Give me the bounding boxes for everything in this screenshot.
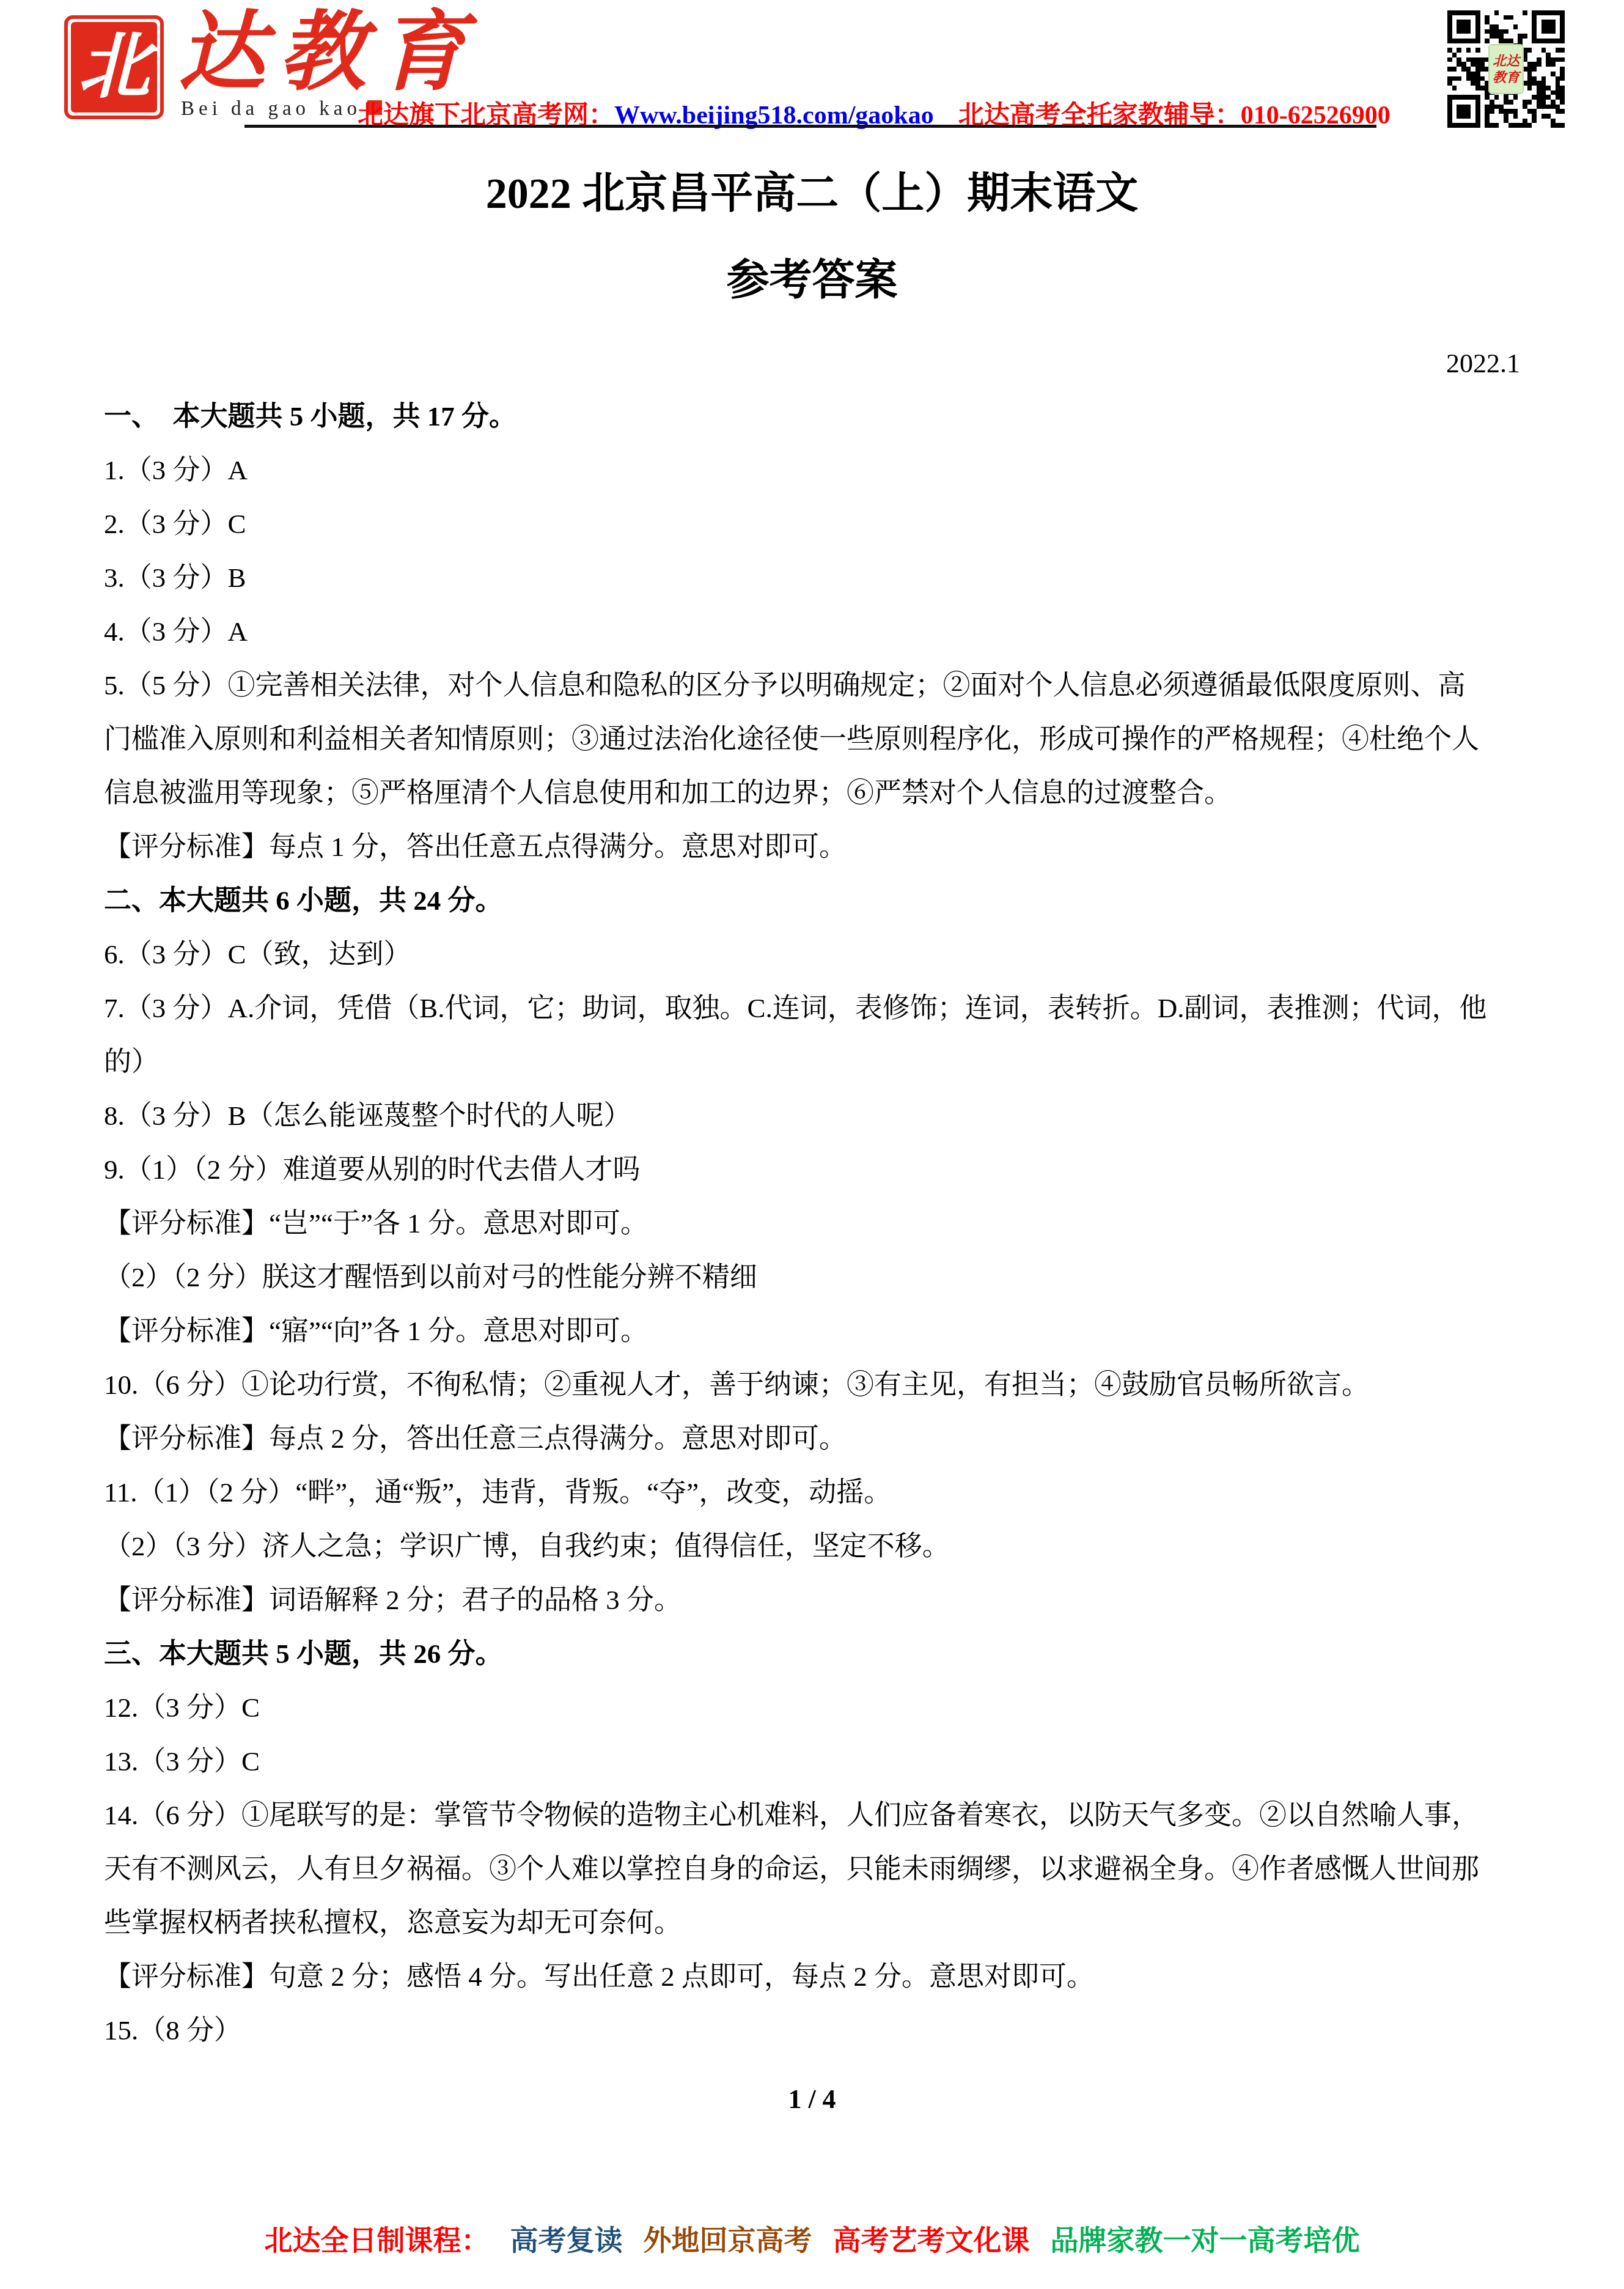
document-page: 北 达教育 Bei da gao kao 北达旗下北京高考网：Www.beiji…	[0, 0, 1624, 2289]
beida-seal-icon: 北	[64, 15, 164, 119]
answer-line: 5.（5 分）①完善相关法律，对个人信息和隐私的区分予以明确规定；②面对个人信息…	[104, 658, 1523, 712]
answer-line: （2）（2 分）朕这才醒悟到以前对弓的性能分辨不精细	[104, 1250, 1523, 1304]
footer-course-segment: 高考复读	[510, 2225, 623, 2256]
answer-line: 【评分标准】词语解释 2 分；君子的品格 3 分。	[104, 1573, 1523, 1627]
answer-line: 信息被滥用等现象；⑤严格厘清个人信息使用和加工的边界；⑥严禁对个人信息的过渡整合…	[104, 766, 1523, 820]
answer-line: 天有不测风云，人有旦夕祸福。③个人难以掌控自身的命运，只能未雨绸缪，以求避祸全身…	[104, 1842, 1523, 1896]
answer-line: 13.（3 分）C	[104, 1734, 1523, 1788]
answer-line: （2）（3 分）济人之急；学识广博，自我约束；值得信任，坚定不移。	[104, 1519, 1523, 1573]
qr-center-label: 北达 教育	[1488, 44, 1524, 94]
date-label: 2022.1	[0, 350, 1520, 377]
answer-line: 15.（8 分）	[104, 2003, 1523, 2057]
answer-line: 一、 本大题共 5 小题，共 17 分。	[104, 389, 1523, 443]
page-header: 北 达教育 Bei da gao kao 北达旗下北京高考网：Www.beiji…	[0, 0, 1624, 142]
seal-character: 北	[78, 31, 150, 103]
answer-line: 11.（1）（2 分）“畔”，通“叛”，违背，背叛。“夺”，改变，动摇。	[104, 1465, 1523, 1519]
answer-line: 14.（6 分）①尾联写的是：掌管节令物候的造物主心机难料，人们应备着寒衣，以防…	[104, 1788, 1523, 1842]
answer-line: 10.（6 分）①论功行赏，不徇私情；②重视人才，善于纳谏；③有主见，有担当；④…	[104, 1358, 1523, 1412]
answer-line: 【评分标准】“寤”“向”各 1 分。意思对即可。	[104, 1304, 1523, 1358]
answer-line: 的）	[104, 1035, 1523, 1089]
answer-line: 【评分标准】每点 2 分，答出任意三点得满分。意思对即可。	[104, 1412, 1523, 1465]
answer-line: 门槛准入原则和利益相关者知情原则；③通过法治化途径使一些原则程序化，形成可操作的…	[104, 712, 1523, 766]
answer-line: 些掌握权柄者挟私擅权，恣意妄为却无可奈何。	[104, 1896, 1523, 1950]
footer-course-segment: 品牌家教一对一高考培优	[1051, 2225, 1360, 2256]
answer-line: 7.（3 分）A.介词，凭借（B.代词，它；助词，取独。C.连词，表修饰；连词，…	[104, 981, 1523, 1035]
header-divider	[244, 125, 1376, 128]
answer-line: 1.（3 分）A	[104, 443, 1523, 497]
answer-line: 8.（3 分）B（怎么能诬蔑整个时代的人呢）	[104, 1089, 1523, 1143]
qr-code: 北达 教育	[1447, 9, 1565, 130]
answer-line: 【评分标准】句意 2 分；感悟 4 分。写出任意 2 点即可，每点 2 分。意思…	[104, 1950, 1523, 2003]
answer-line: 【评分标准】“岂”“于”各 1 分。意思对即可。	[104, 1196, 1523, 1250]
answer-line: 9.（1）（2 分）难道要从别的时代去借人才吗	[104, 1143, 1523, 1196]
footer-course-segment: 外地回京高考	[644, 2225, 812, 2256]
footer-courses: 北达全日制课程：高考复读外地回京高考高考艺考文化课品牌家教一对一高考培优	[0, 2218, 1624, 2258]
answer-line: 2.（3 分）C	[104, 497, 1523, 551]
footer-course-segment: 北达全日制课程：	[265, 2225, 490, 2256]
answer-line: 二、本大题共 6 小题，共 24 分。	[104, 874, 1523, 927]
beida-logo-pinyin: Bei da gao kao	[181, 98, 382, 120]
answer-line: 【评分标准】每点 1 分，答出任意五点得满分。意思对即可。	[104, 820, 1523, 874]
answer-lines: 一、 本大题共 5 小题，共 17 分。1.（3 分）A2.（3 分）C3.（3…	[104, 389, 1523, 2057]
page-subtitle: 参考答案	[0, 216, 1624, 303]
answer-line: 4.（3 分）A	[104, 605, 1523, 658]
answer-line: 6.（3 分）C（致，达到）	[104, 927, 1523, 981]
answer-line: 3.（3 分）B	[104, 551, 1523, 605]
page-number: 1 / 4	[0, 2084, 1624, 2115]
beida-logo-text: 达教育	[178, 5, 479, 100]
footer-course-segment: 高考艺考文化课	[833, 2225, 1030, 2256]
answer-line: 三、本大题共 5 小题，共 26 分。	[104, 1627, 1523, 1681]
answer-line: 12.（3 分）C	[104, 1681, 1523, 1734]
